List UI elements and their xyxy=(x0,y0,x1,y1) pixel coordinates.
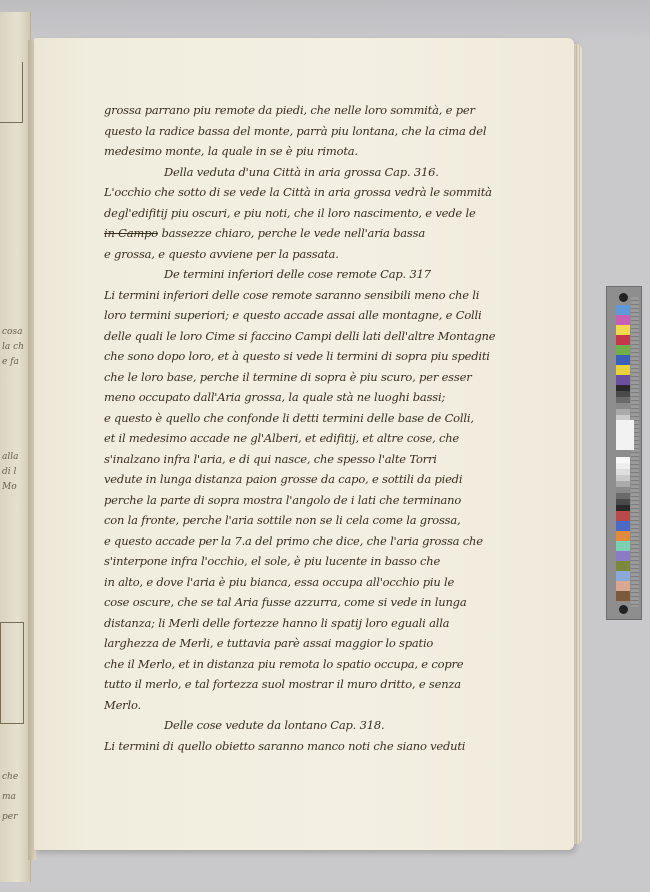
target-hole-bottom xyxy=(619,605,628,614)
color-patch xyxy=(616,375,630,385)
color-patch xyxy=(616,345,630,355)
text-line: loro termini superiori; e questo accade … xyxy=(104,305,524,326)
text-line: e questo è quello che confonde li detti … xyxy=(104,408,524,429)
chapter-heading-318: Delle cose vedute da lontano Cap. 318. xyxy=(104,715,524,736)
text-line: Li termini di quello obietto saranno man… xyxy=(104,736,524,757)
text-line: medesimo monte, la quale in se è piu rim… xyxy=(104,141,524,162)
color-patch xyxy=(616,571,630,581)
color-patch xyxy=(616,521,630,531)
color-patch xyxy=(616,325,630,335)
text-line: che il Merlo, et in distanza piu remota … xyxy=(104,654,524,675)
text-line: L'occhio che sotto di se vede la Città i… xyxy=(104,182,524,203)
target-hole-top xyxy=(619,293,628,302)
text-line: Merlo. xyxy=(104,695,524,716)
chapter-heading-316: Della veduta d'una Città in aria grossa … xyxy=(104,162,524,183)
margin-note-3: e fa xyxy=(2,357,28,368)
margin-note-1: cosa xyxy=(2,327,28,338)
color-calibration-target xyxy=(606,286,642,620)
color-patch xyxy=(616,315,630,325)
text-line: questo la radice bassa del monte, parrà … xyxy=(104,121,524,142)
text-line: et il medesimo accade ne gl'Alberi, et e… xyxy=(104,428,524,449)
text-line-rest: bassezze chiaro, perche le vede nell'ari… xyxy=(161,226,425,240)
margin-note-5: di l xyxy=(2,467,28,478)
text-line: distanza; li Merli delle fortezze hanno … xyxy=(104,613,524,634)
text-line: tutto il merlo, e tal fortezza suol most… xyxy=(104,674,524,695)
color-patch xyxy=(616,365,630,375)
text-line: che sono dopo loro, et à questo si vede … xyxy=(104,346,524,367)
text-line: degl'edifitij piu oscuri, e piu noti, ch… xyxy=(104,203,524,224)
color-patch xyxy=(616,581,630,591)
text-line: perche la parte di sopra mostra l'angolo… xyxy=(104,490,524,511)
text-line: s'inalzano infra l'aria, e di qui nasce,… xyxy=(104,449,524,470)
text-line-with-strike: in Campo bassezze chiaro, perche le vede… xyxy=(104,223,524,244)
color-patch xyxy=(616,561,630,571)
color-patch xyxy=(616,305,630,315)
text-line: s'interpone infra l'occhio, el sole, è p… xyxy=(104,551,524,572)
text-line: con la fronte, perche l'aria sottile non… xyxy=(104,510,524,531)
margin-note-4: alla xyxy=(2,452,28,463)
text-line: cose oscure, che se tal Aria fusse azzur… xyxy=(104,592,524,613)
text-line: e questo accade per la 7.a del primo che… xyxy=(104,531,524,552)
text-line: meno occupato dall'Aria grossa, la quale… xyxy=(104,387,524,408)
text-line: che le loro base, perche il termine di s… xyxy=(104,367,524,388)
text-line: grossa parrano piu remote da piedi, che … xyxy=(104,100,524,121)
sketch-bottom xyxy=(0,622,24,724)
facing-page-edge: cosa la ch e fa alla di l Mo che ma per xyxy=(0,12,31,882)
text-line: in alto, e dove l'aria è piu bianca, ess… xyxy=(104,572,524,593)
background xyxy=(0,0,650,40)
manuscript-text: grossa parrano piu remote da piedi, che … xyxy=(104,100,524,756)
text-line: Li termini inferiori delle cose remote s… xyxy=(104,285,524,306)
color-patch xyxy=(616,335,630,345)
color-patch xyxy=(616,591,630,601)
margin-note-8: ma xyxy=(2,792,28,803)
target-label xyxy=(616,420,634,450)
text-line: delle quali le loro Cime si faccino Camp… xyxy=(104,326,524,347)
text-line: vedute in lunga distanza paion grosse da… xyxy=(104,469,524,490)
margin-note-9: per xyxy=(2,812,28,823)
color-patch xyxy=(616,551,630,561)
text-line: larghezza de Merli, e tuttavia parè assa… xyxy=(104,633,524,654)
color-patch xyxy=(616,511,630,521)
color-patch xyxy=(616,541,630,551)
target-scale xyxy=(631,297,639,607)
chapter-heading-317: De termini inferiori delle cose remote C… xyxy=(104,264,524,285)
color-patch xyxy=(616,531,630,541)
text-line: e grossa, e questo avviene per la passat… xyxy=(104,244,524,265)
margin-note-2: la ch xyxy=(2,342,28,353)
margin-note-6: Mo xyxy=(2,482,28,493)
sketch-top xyxy=(0,62,23,123)
struck-text: in Campo xyxy=(104,226,158,240)
color-patch xyxy=(616,355,630,365)
margin-note-7: che xyxy=(2,772,28,783)
